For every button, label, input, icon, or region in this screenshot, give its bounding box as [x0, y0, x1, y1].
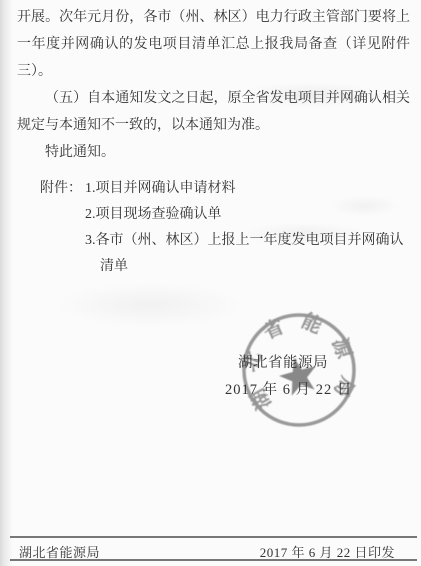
scanned-notice-page: 开展。次年元月份，各市（州、林区）电力行政主管部门要将上一年度并网确认的发电项目… [0, 0, 421, 566]
footer-rule-bottom [10, 559, 417, 561]
paragraph-closing: 特此通知。 [17, 139, 410, 166]
attachments-label: 附件： [40, 176, 82, 202]
attachments-list: 1.项目并网确认申请材料 2.项目现场查验确认单 3.各市（州、林区）上报上一年… [85, 176, 410, 280]
scan-smudge [55, 282, 245, 328]
attachment-item: 3.各市（州、林区）上报上一年度发电项目并网确认清单 [85, 228, 410, 280]
paragraph-item-five: （五）自本通知发文之日起，原全省发电项目并网确认相关规定与本通知不一致的，以本通… [17, 85, 410, 139]
attachments-block: 附件： 1.项目并网确认申请材料 2.项目现场查验确认单 3.各市（州、林区）上… [40, 176, 410, 280]
document-body: 开展。次年元月份，各市（州、林区）电力行政主管部门要将上一年度并网确认的发电项目… [17, 4, 410, 280]
attachment-item: 1.项目并网确认申请材料 [85, 176, 410, 202]
paragraph-continuation: 开展。次年元月份，各市（州、林区）电力行政主管部门要将上一年度并网确认的发电项目… [17, 4, 410, 85]
attachment-item: 2.项目现场查验确认单 [85, 202, 410, 228]
signature-agency: 湖北省能源局 [238, 351, 328, 372]
scan-edge-shadow [0, 0, 13, 566]
footer-rule-top [10, 536, 417, 538]
signature-date: 2017 年 6 月 22 日 [225, 378, 352, 399]
